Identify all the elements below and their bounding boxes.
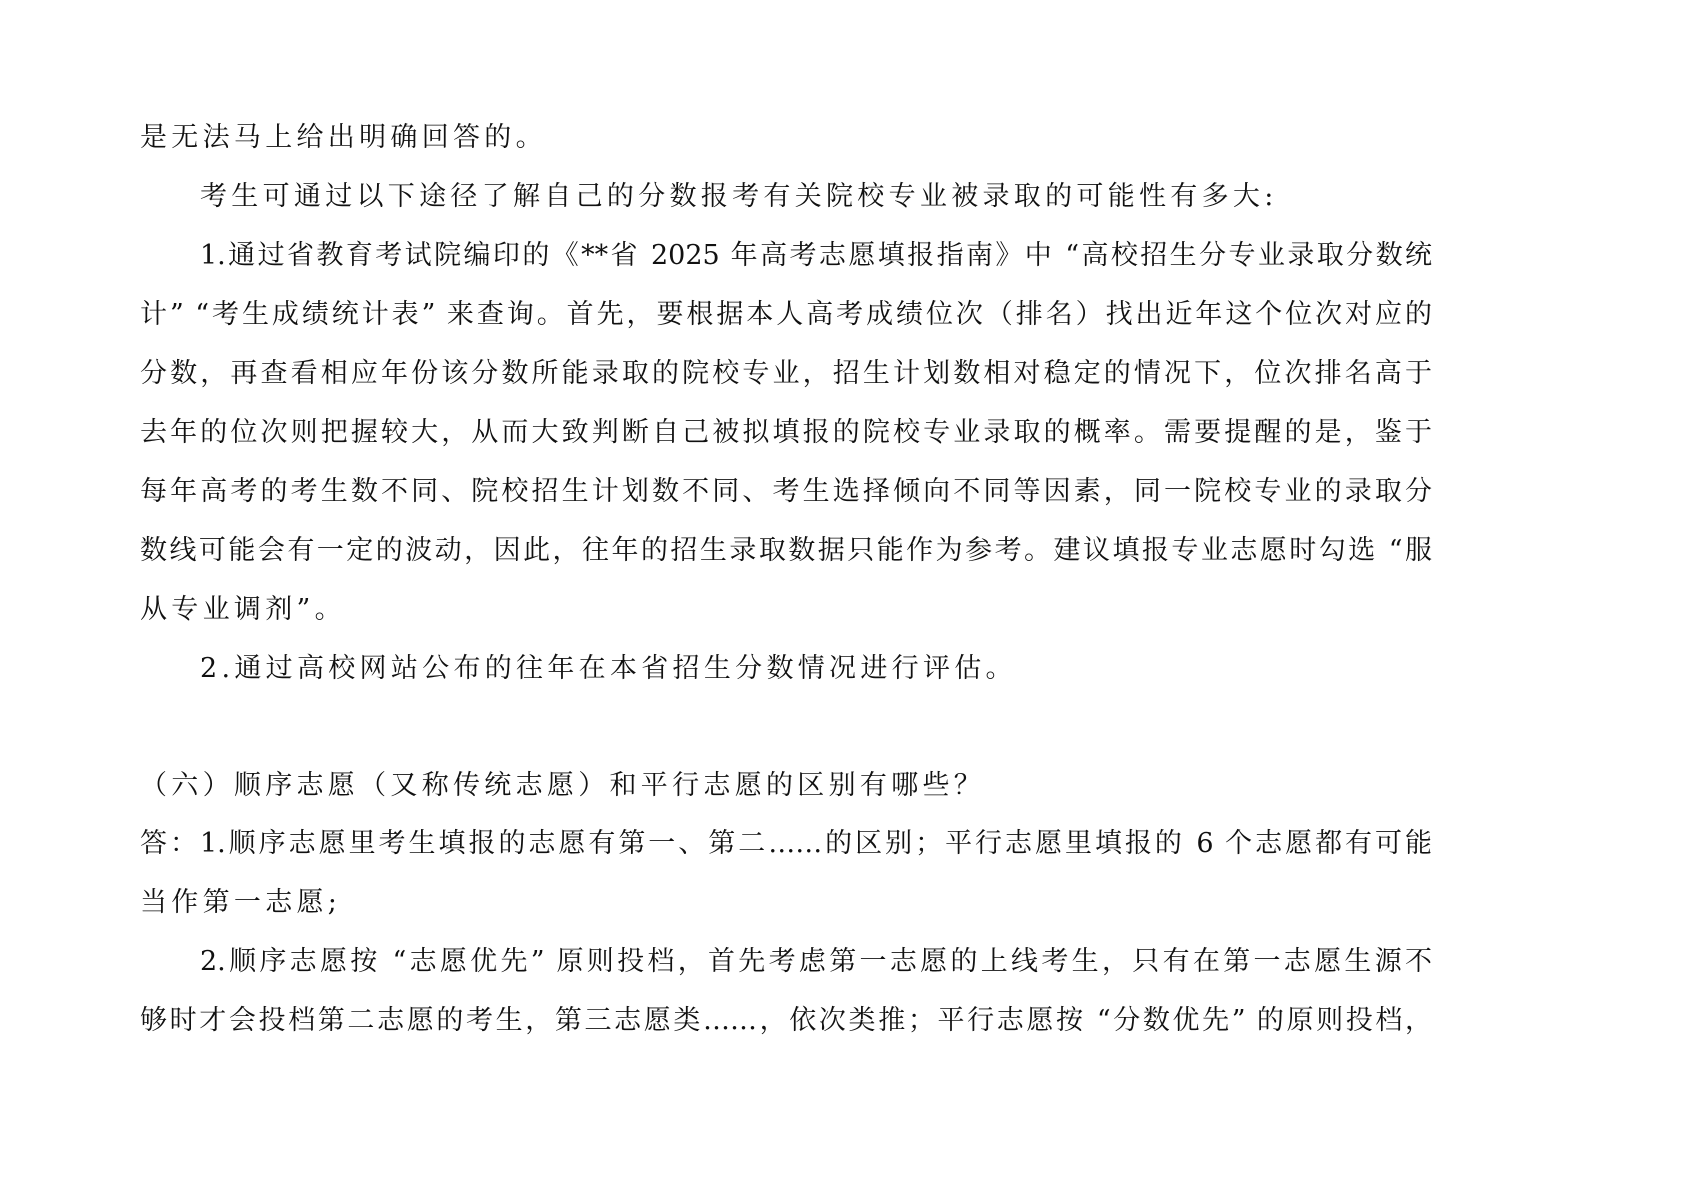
text-line: 数线可能会有一定的波动，因此，往年的招生录取数据只能作为参考。建议填报专业志愿时… <box>140 533 1432 569</box>
text-line: 2.顺序志愿按 “志愿优先” 原则投档，首先考虑第一志愿的上线考生，只有在第一志… <box>200 944 1432 980</box>
text-line: 去年的位次则把握较大，从而大致判断自己被拟填报的院校专业录取的概率。需要提醒的是… <box>140 415 1432 451</box>
text-line: 2.通过高校网站公布的往年在本省招生分数情况进行评估。 <box>200 651 1017 687</box>
text-line: 够时才会投档第二志愿的考生，第三志愿类……，依次类推；平行志愿按 “分数优先” … <box>140 1003 1432 1039</box>
text-line: 1.通过省教育考试院编印的《**省 2025 年高考志愿填报指南》中 “高校招生… <box>200 238 1432 274</box>
section-heading: （六）顺序志愿（又称传统志愿）和平行志愿的区别有哪些？ <box>140 768 985 804</box>
text-line: 每年高考的考生数不同、院校招生计划数不同、考生选择倾向不同等因素，同一院校专业的… <box>140 474 1432 510</box>
text-line: 答：1.顺序志愿里考生填报的志愿有第一、第二……的区别；平行志愿里填报的 6 个… <box>140 826 1432 862</box>
text-line: 当作第一志愿; <box>140 885 341 921</box>
text-line: 考生可通过以下途径了解自己的分数报考有关院校专业被录取的可能性有多大: <box>200 179 1278 215</box>
text-line: 是无法马上给出明确回答的。 <box>140 120 547 156</box>
text-line: 分数，再查看相应年份该分数所能录取的院校专业，招生计划数相对稳定的情况下，位次排… <box>140 356 1432 392</box>
text-line: 计” “考生成绩统计表” 来查询。首先，要根据本人高考成绩位次（排名）找出近年这… <box>140 297 1432 333</box>
text-line: 从专业调剂”。 <box>140 592 346 628</box>
